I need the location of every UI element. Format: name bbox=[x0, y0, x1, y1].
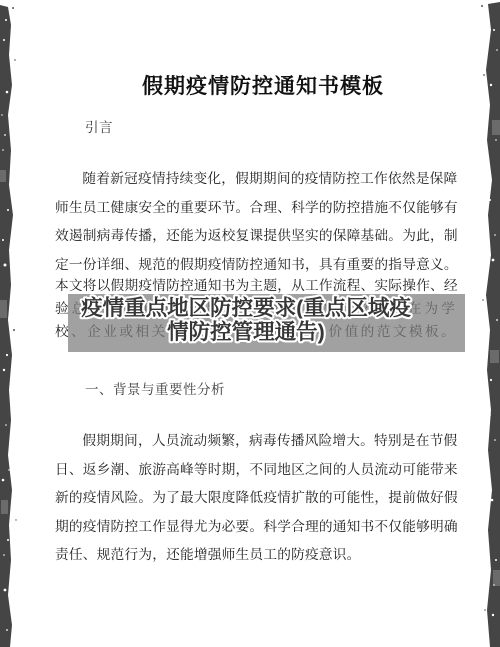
section-1-heading: 一、背景与重要性分析 bbox=[85, 382, 225, 397]
watermark-text-line-1: 疫情重点地区防控要求(重点区域疫 bbox=[0, 296, 496, 320]
paragraph-line: 新的疫情风险。为了最大限度降低疫情扩散的可能性，提前做好假 bbox=[55, 484, 455, 513]
paragraph-line: 期的疫情防控工作显得尤为必要。科学合理的通知书不仅能够明确 bbox=[55, 513, 455, 542]
section-1-paragraph: 假期期间，人员流动频繁，病毒传播风险增大。特别是在节假 日、返乡潮、旅游高峰等时… bbox=[55, 427, 455, 570]
document-page: { "colors": { "page_bg": "#ffffff", "bod… bbox=[0, 0, 500, 647]
paragraph-line: 效遏制病毒传播，还能为返校复课提供坚实的保障基础。为此，制 bbox=[55, 222, 455, 251]
watermark-text: 疫情重点地区防控要求(重点区域疫 情防控管理通告) bbox=[0, 296, 496, 344]
document-title: 假期疫情防控通知书模板 bbox=[13, 75, 500, 98]
intro-paragraph-1: 随着新冠疫情持续变化，假期期间的疫情防控工作依然是保障 师生员工健康安全的重要环… bbox=[55, 165, 455, 279]
paragraph-line: 责任、规范行为，还能增强师生员工的防疫意识。 bbox=[55, 541, 455, 570]
paragraph-line: 随着新冠疫情持续变化，假期期间的疫情防控工作依然是保障 bbox=[55, 165, 455, 194]
watermark-text-line-2: 情防控管理通告) bbox=[0, 320, 496, 344]
paragraph-line: 日、返乡潮、旅游高峰等时期，不同地区之间的人员流动可能带来 bbox=[55, 456, 455, 485]
intro-heading: 引言 bbox=[85, 120, 113, 135]
paragraph-line: 师生员工健康安全的重要环节。合理、科学的防控措施不仅能够有 bbox=[55, 194, 455, 223]
paragraph-line: 假期期间，人员流动频繁，病毒传播风险增大。特别是在节假 bbox=[55, 427, 455, 456]
